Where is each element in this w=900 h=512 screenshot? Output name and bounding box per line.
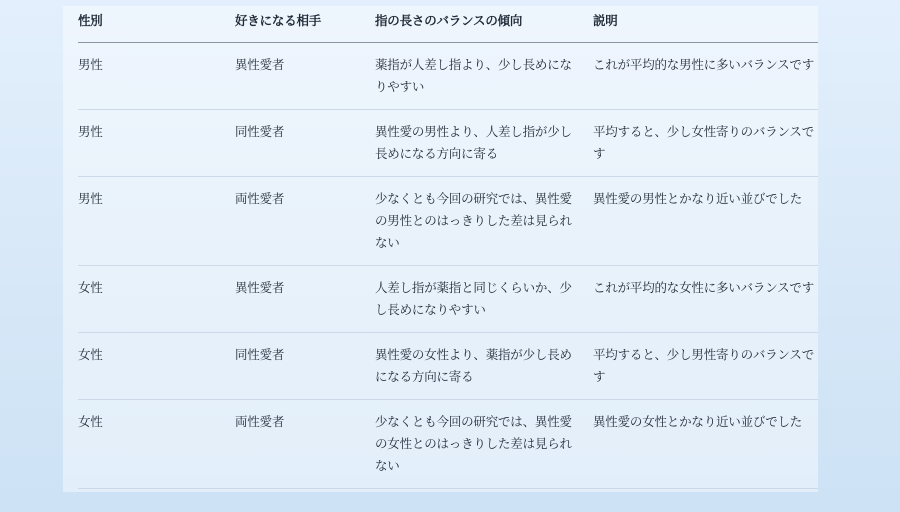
cell-gender: 女性	[78, 277, 235, 321]
cell-description: これが平均的な女性に多いバランスです	[593, 277, 818, 321]
cell-gender: 男性	[78, 188, 235, 254]
cell-gender: 女性	[78, 411, 235, 477]
cell-orientation: 同性愛者	[235, 121, 375, 165]
cell-tendency: 薬指が人差し指より、少し長めになりやすい	[375, 54, 593, 98]
column-header-gender: 性別	[78, 10, 235, 32]
cell-gender: 男性	[78, 121, 235, 165]
cell-orientation: 両性愛者	[235, 188, 375, 254]
column-header-orientation: 好きになる相手	[235, 10, 375, 32]
cell-tendency: 異性愛の女性より、薬指が少し長めになる方向に寄る	[375, 344, 593, 388]
table-row: 男性 同性愛者 異性愛の男性より、人差し指が少し長めになる方向に寄る 平均すると…	[78, 110, 818, 177]
table-row: 男性 両性愛者 少なくとも今回の研究では、異性愛の男性とのはっきりした差は見られ…	[78, 177, 818, 266]
cell-orientation: 同性愛者	[235, 344, 375, 388]
table-row: 男性 異性愛者 薬指が人差し指より、少し長めになりやすい これが平均的な男性に多…	[78, 43, 818, 110]
cell-tendency: 異性愛の男性より、人差し指が少し長めになる方向に寄る	[375, 121, 593, 165]
table-header-row: 性別 好きになる相手 指の長さのバランスの傾向 説明	[78, 6, 818, 43]
cell-tendency: 少なくとも今回の研究では、異性愛の女性とのはっきりした差は見られない	[375, 411, 593, 477]
cell-description: これが平均的な男性に多いバランスです	[593, 54, 818, 98]
page-background: 性別 好きになる相手 指の長さのバランスの傾向 説明 男性 異性愛者 薬指が人差…	[0, 0, 900, 512]
cell-orientation: 異性愛者	[235, 277, 375, 321]
column-header-description: 説明	[593, 10, 818, 32]
table-row: 女性 同性愛者 異性愛の女性より、薬指が少し長めになる方向に寄る 平均すると、少…	[78, 333, 818, 400]
cell-tendency: 人差し指が薬指と同じくらいか、少し長めになりやすい	[375, 277, 593, 321]
column-header-tendency: 指の長さのバランスの傾向	[375, 10, 593, 32]
cell-description: 平均すると、少し男性寄りのバランスです	[593, 344, 818, 388]
cell-description: 平均すると、少し女性寄りのバランスです	[593, 121, 818, 165]
cell-tendency: 少なくとも今回の研究では、異性愛の男性とのはっきりした差は見られない	[375, 188, 593, 254]
cell-gender: 女性	[78, 344, 235, 388]
cell-description: 異性愛の女性とかなり近い並びでした	[593, 411, 818, 477]
cell-orientation: 異性愛者	[235, 54, 375, 98]
cell-orientation: 両性愛者	[235, 411, 375, 477]
table-row: 女性 両性愛者 少なくとも今回の研究では、異性愛の女性とのはっきりした差は見られ…	[78, 400, 818, 489]
cell-description: 異性愛の男性とかなり近い並びでした	[593, 188, 818, 254]
table-row: 女性 異性愛者 人差し指が薬指と同じくらいか、少し長めになりやすい これが平均的…	[78, 266, 818, 333]
finger-ratio-table: 性別 好きになる相手 指の長さのバランスの傾向 説明 男性 異性愛者 薬指が人差…	[63, 6, 818, 492]
cell-gender: 男性	[78, 54, 235, 98]
